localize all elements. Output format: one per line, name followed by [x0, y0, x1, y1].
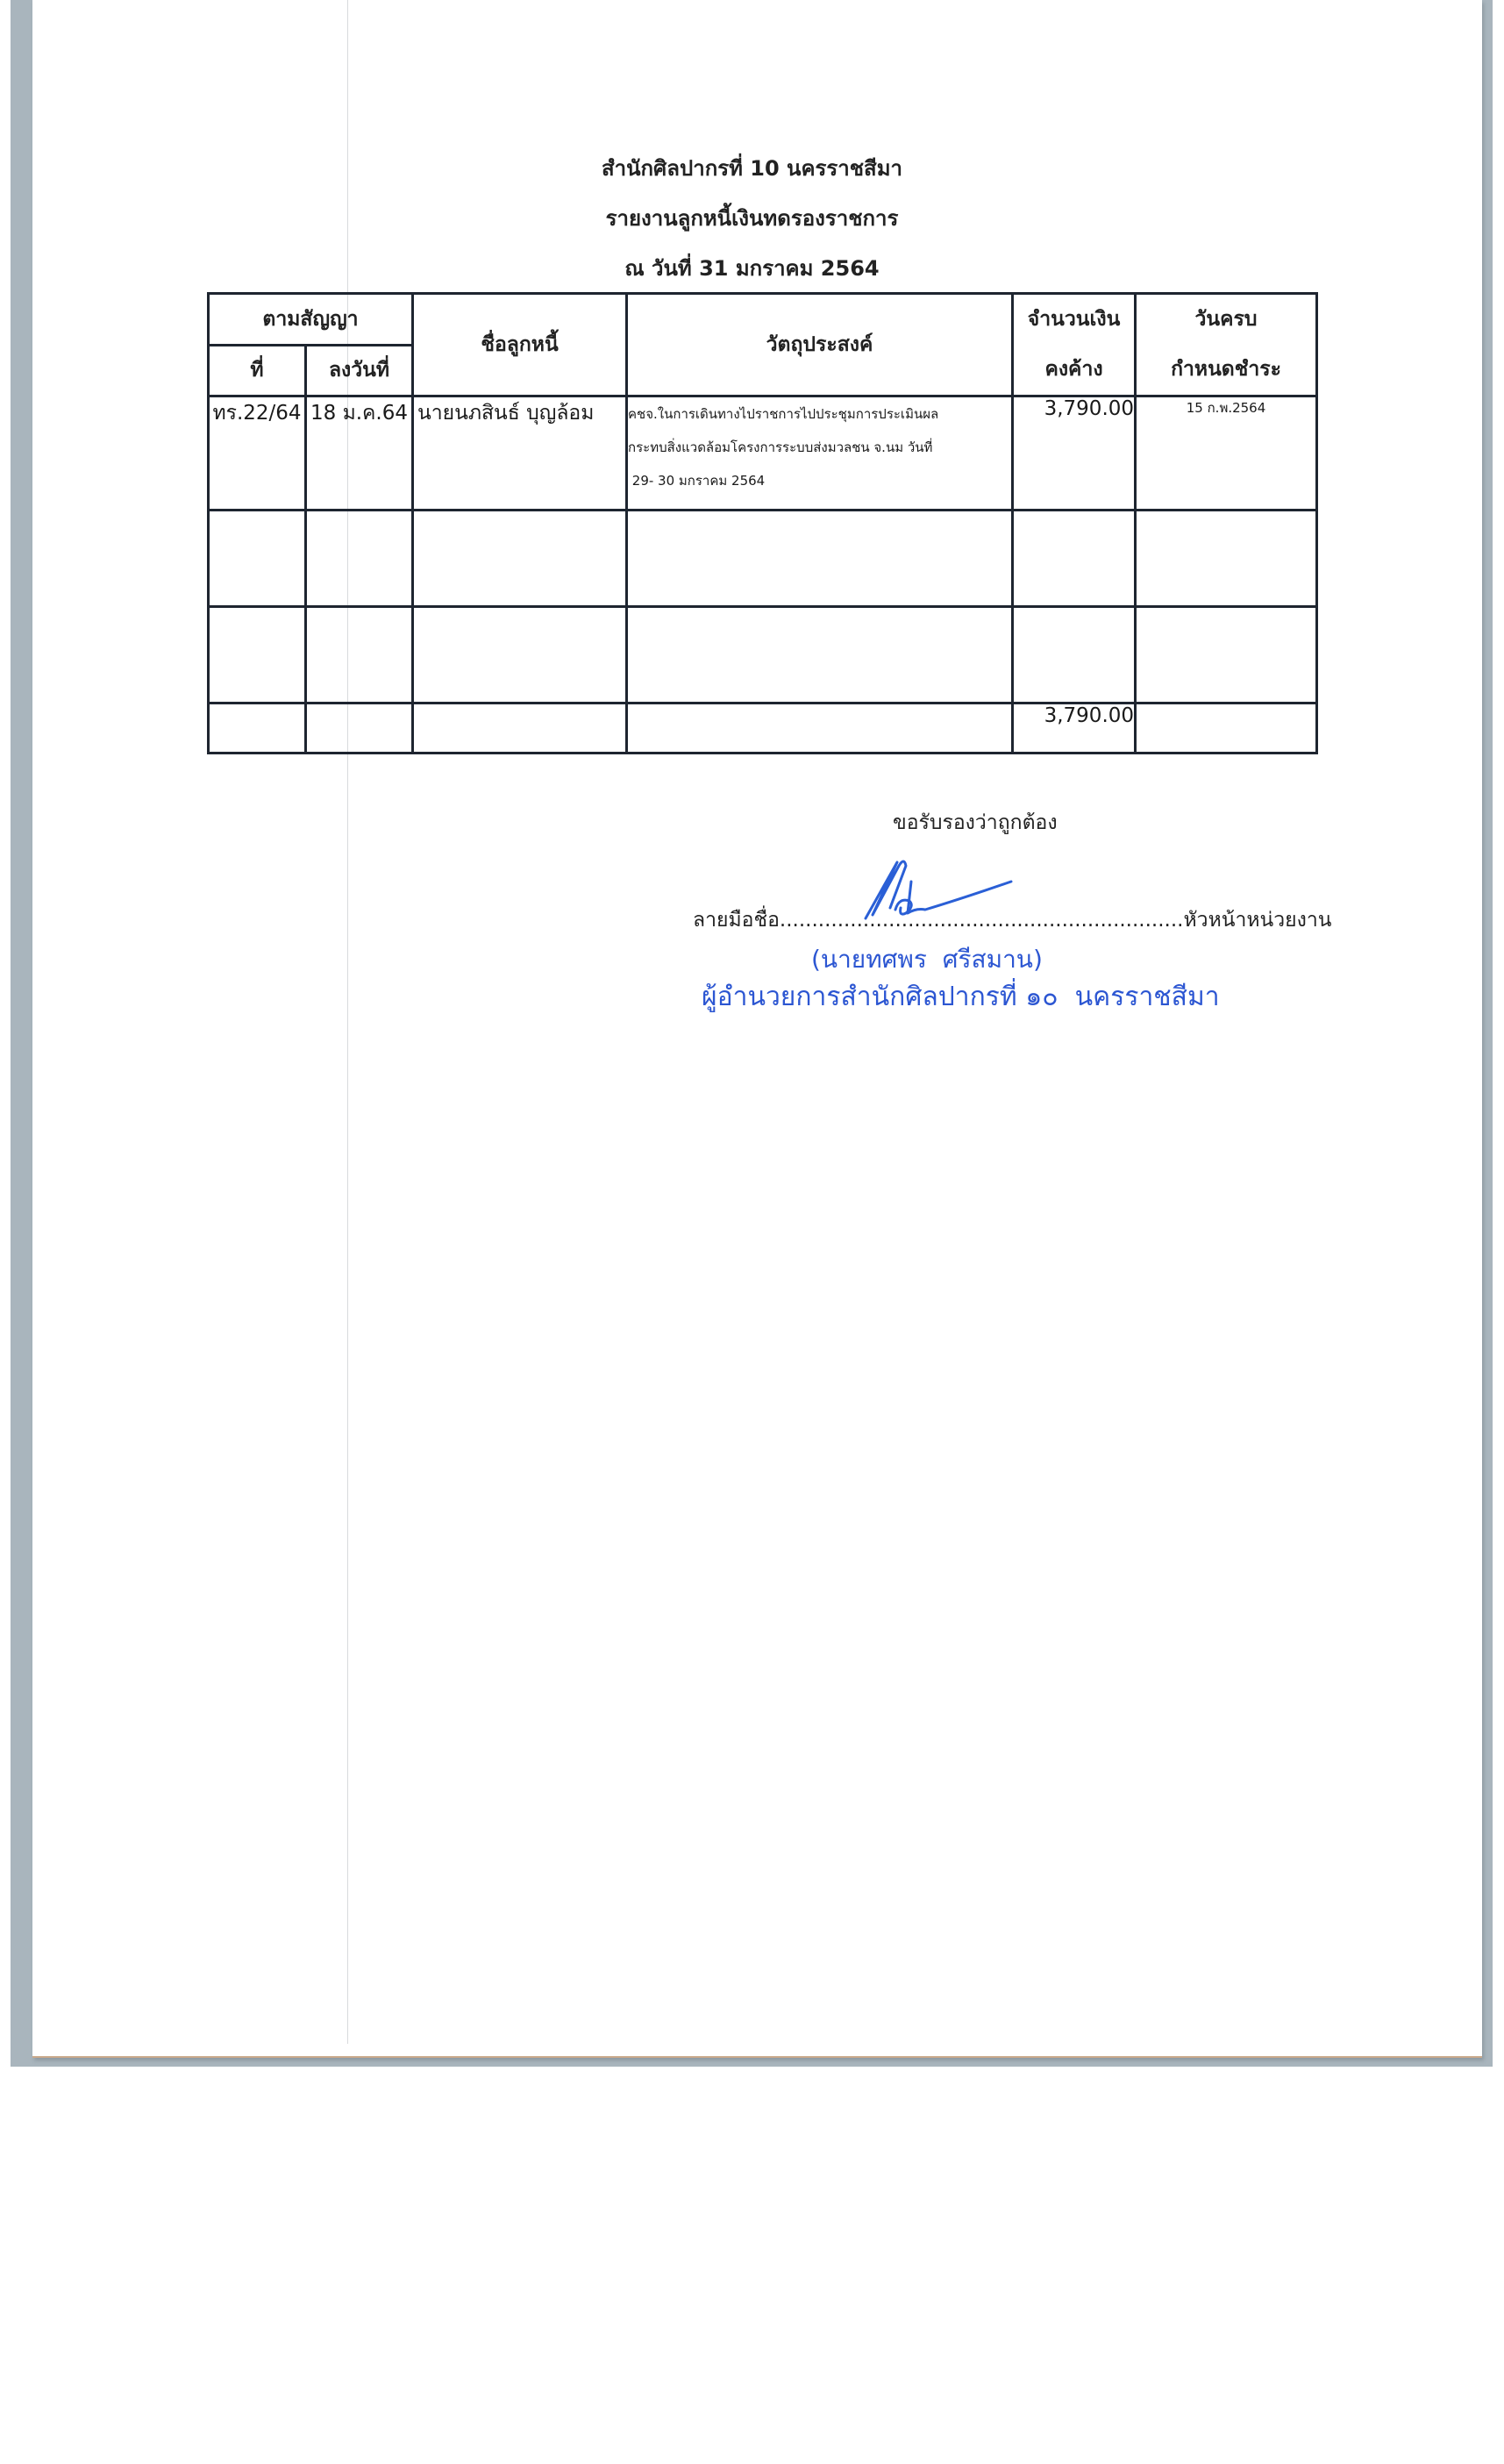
purpose-cell: คชจ.ในการเดินทางไปราชการไปประชุมการประเม… [627, 396, 1013, 511]
total-empty-cell [627, 703, 1013, 753]
report-date: ณ วันที่ 31 มกราคม 2564 [0, 251, 1504, 285]
contract-no-cell [209, 607, 306, 703]
amount-cell: 3,790.00 [1013, 396, 1136, 511]
due-date-cell [1136, 511, 1317, 607]
col-purpose: วัตถุประสงค์ [627, 294, 1013, 396]
signature-line: ลายมือชื่อ..............................… [693, 904, 1332, 936]
amount-cell [1013, 511, 1136, 607]
table-row: ทร.22/64 18 ม.ค.64 นายนภสินธ์ บุญล้อม คช… [209, 396, 1317, 511]
col-contract-date: ลงวันที่ [306, 345, 413, 396]
signature-dots: ........................................… [780, 909, 1184, 932]
signer-name: (นายทศพร ศรีสมาน) [811, 940, 1043, 979]
col-debtor-name: ชื่อลูกหนี้ [413, 294, 627, 396]
contract-no-cell: ทร.22/64 [209, 396, 306, 511]
contract-date-cell [306, 607, 413, 703]
amount-cell [1013, 607, 1136, 703]
debtor-name-cell: นายนภสินธ์ บุญล้อม [413, 396, 627, 511]
col-amount-line1: จำนวนเงิน [1014, 295, 1134, 345]
debtor-name-cell [413, 607, 627, 703]
col-contract-no: ที่ [209, 345, 306, 396]
col-amount: จำนวนเงิน คงค้าง [1013, 294, 1136, 396]
position-label: หัวหน้าหน่วยงาน [1184, 909, 1332, 932]
debtor-name-cell [413, 511, 627, 607]
col-due-line2: กำหนดชำระ [1137, 345, 1315, 395]
table-row [209, 511, 1317, 607]
col-due-date: วันครบ กำหนดชำระ [1136, 294, 1317, 396]
purpose-cell [627, 511, 1013, 607]
purpose-line: 29- 30 มกราคม 2564 [628, 464, 1011, 497]
contract-no-cell [209, 511, 306, 607]
col-contract-group: ตามสัญญา [209, 294, 413, 346]
report-title: รายงานลูกหนี้เงินทดรองราชการ [0, 201, 1504, 235]
org-title: สำนักศิลปากรที่ 10 นครราชสีมา [0, 151, 1504, 185]
purpose-cell [627, 607, 1013, 703]
due-date-cell [1136, 607, 1317, 703]
table-row [209, 607, 1317, 703]
total-empty-cell [306, 703, 413, 753]
signer-title: ผู้อำนวยการสำนักศิลปากรที่ ๑๐ นครราชสีมา [702, 976, 1220, 1018]
total-empty-cell [209, 703, 306, 753]
signature-label: ลายมือชื่อ [693, 909, 780, 932]
contract-date-cell [306, 511, 413, 607]
total-empty-cell [413, 703, 627, 753]
total-row: 3,790.00 [209, 703, 1317, 753]
purpose-line: กระทบสิ่งแวดล้อมโครงการระบบส่งมวลชน จ.นม… [628, 431, 1011, 464]
col-amount-line2: คงค้าง [1014, 345, 1134, 395]
contract-date-cell: 18 ม.ค.64 [306, 396, 413, 511]
col-due-line1: วันครบ [1137, 295, 1315, 345]
due-date-cell: 15 ก.พ.2564 [1136, 396, 1317, 511]
certification-statement: ขอรับรองว่าถูกต้อง [893, 807, 1058, 839]
total-amount-cell: 3,790.00 [1013, 703, 1136, 753]
purpose-line: คชจ.ในการเดินทางไปราชการไปประชุมการประเม… [628, 397, 1011, 431]
total-empty-cell [1136, 703, 1317, 753]
debtor-table: ตามสัญญา ชื่อลูกหนี้ วัตถุประสงค์ จำนวนเ… [207, 292, 1318, 754]
